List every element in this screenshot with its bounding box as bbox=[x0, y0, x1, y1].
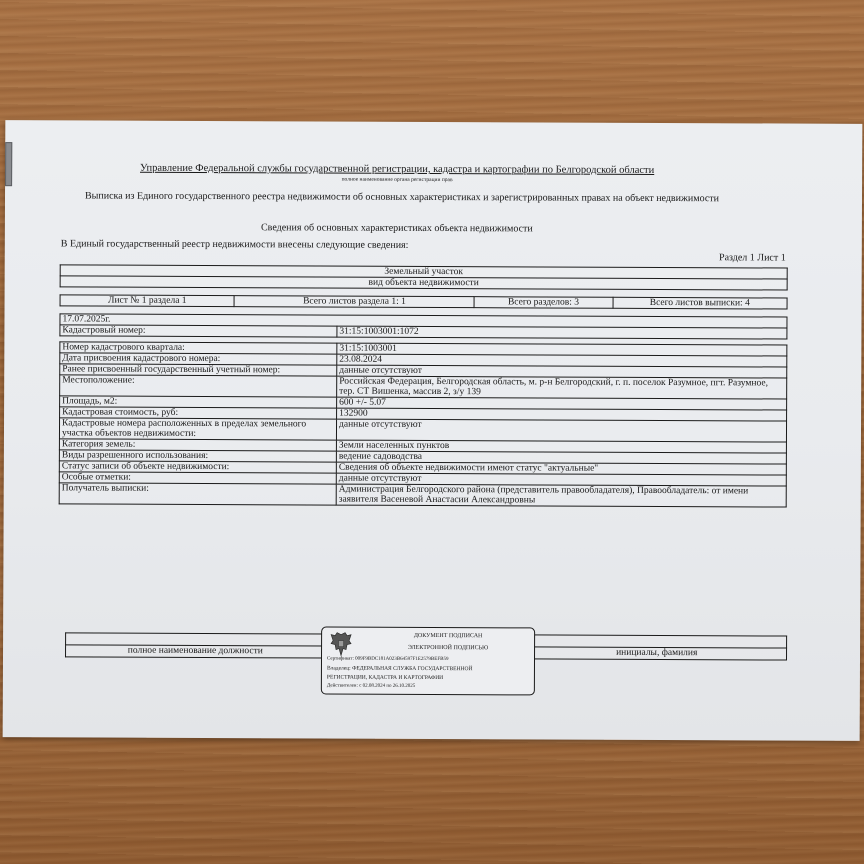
extract-title: Выписка из Единого государственного реес… bbox=[85, 190, 719, 204]
field-label: Дата присвоения кадастрового номера: bbox=[60, 353, 337, 365]
field-value: данные отсутствуют bbox=[336, 419, 786, 442]
sheets-table: Лист № 1 раздела 1 Всего листов раздела … bbox=[60, 294, 788, 309]
field-label: Получатель выписки: bbox=[59, 483, 336, 505]
cadastral-number-label: Кадастровый номер: bbox=[60, 325, 337, 337]
intro-text: В Единый государственный реестр недвижим… bbox=[61, 238, 409, 251]
electronic-signature-stamp: ДОКУМЕНТ ПОДПИСАН ЭЛЕКТРОННОЙ ПОДПИСЬЮ С… bbox=[321, 627, 535, 696]
name-caption: инициалы, фамилия bbox=[527, 647, 787, 660]
field-label: Виды разрешенного использования: bbox=[59, 450, 336, 462]
stamp-owner-line1: Владелец: ФЕДЕРАЛЬНАЯ СЛУЖБА ГОСУДАРСТВЕ… bbox=[327, 666, 473, 673]
sheets-in-section: Всего листов раздела 1: 1 bbox=[235, 296, 475, 308]
org-name-caption: полное наименование органа регистрации п… bbox=[5, 175, 789, 184]
field-label: Ранее присвоенный государственный учетны… bbox=[60, 364, 337, 376]
sheet-number: Лист № 1 раздела 1 bbox=[60, 295, 235, 307]
stamp-certificate: Сертификат: 009F9BDC181A023B64597F1E2579… bbox=[327, 657, 448, 663]
section-heading: Сведения об основных характеристиках объ… bbox=[5, 221, 789, 235]
field-label: Местоположение: bbox=[60, 375, 337, 397]
field-label: Кадастровая стоимость, руб: bbox=[60, 407, 337, 419]
field-label: Категория земель: bbox=[59, 439, 336, 451]
field-label: Площадь, м2: bbox=[60, 396, 337, 408]
table-row: Получатель выписки:Администрация Белгоро… bbox=[59, 483, 786, 507]
field-label: Номер кадастрового квартала: bbox=[60, 342, 337, 354]
stamp-line1: ДОКУМЕНТ ПОДПИСАН bbox=[362, 633, 534, 640]
characteristics-table: Номер кадастрового квартала:31:15:100300… bbox=[59, 341, 788, 507]
russian-coat-of-arms-icon bbox=[330, 632, 352, 658]
stamp-validity: Действителен: с 02.08.2024 по 26.10.2025 bbox=[327, 684, 415, 689]
object-type-caption: вид объекта недвижимости bbox=[60, 276, 787, 290]
position-caption: полное наименование должности bbox=[66, 645, 326, 658]
field-label: Статус записи об объекте недвижимости: bbox=[59, 461, 336, 473]
date-cadastral-table: 17.07.2025г. Кадастровый номер: 31:15:10… bbox=[59, 313, 787, 339]
field-label: Кадастровые номера расположенных в преде… bbox=[59, 418, 336, 440]
field-value: Российская Федерация, Белгородская облас… bbox=[337, 376, 787, 399]
cadastral-number-value: 31:15:1003001:1072 bbox=[337, 326, 787, 339]
field-value: Администрация Белгородского района (пред… bbox=[336, 484, 786, 507]
stamp-line2: ЭЛЕКТРОННОЙ ПОДПИСЬЮ bbox=[362, 645, 534, 652]
total-sheets: Всего листов выписки: 4 bbox=[613, 297, 788, 309]
document-sheet: Управление Федеральной службы государств… bbox=[3, 120, 863, 741]
org-name: Управление Федеральной службы государств… bbox=[5, 162, 789, 176]
stamp-owner-line2: РЕГИСТРАЦИИ, КАДАСТРА И КАРТОГРАФИИ bbox=[327, 675, 443, 682]
field-label: Особые отметки: bbox=[59, 472, 336, 484]
table-row: Кадастровые номера расположенных в преде… bbox=[59, 418, 786, 442]
section-sheet-label: Раздел 1 Лист 1 bbox=[719, 252, 786, 263]
total-sections: Всего разделов: 3 bbox=[474, 297, 612, 309]
object-type-table: Земельный участок вид объекта недвижимос… bbox=[60, 264, 788, 290]
